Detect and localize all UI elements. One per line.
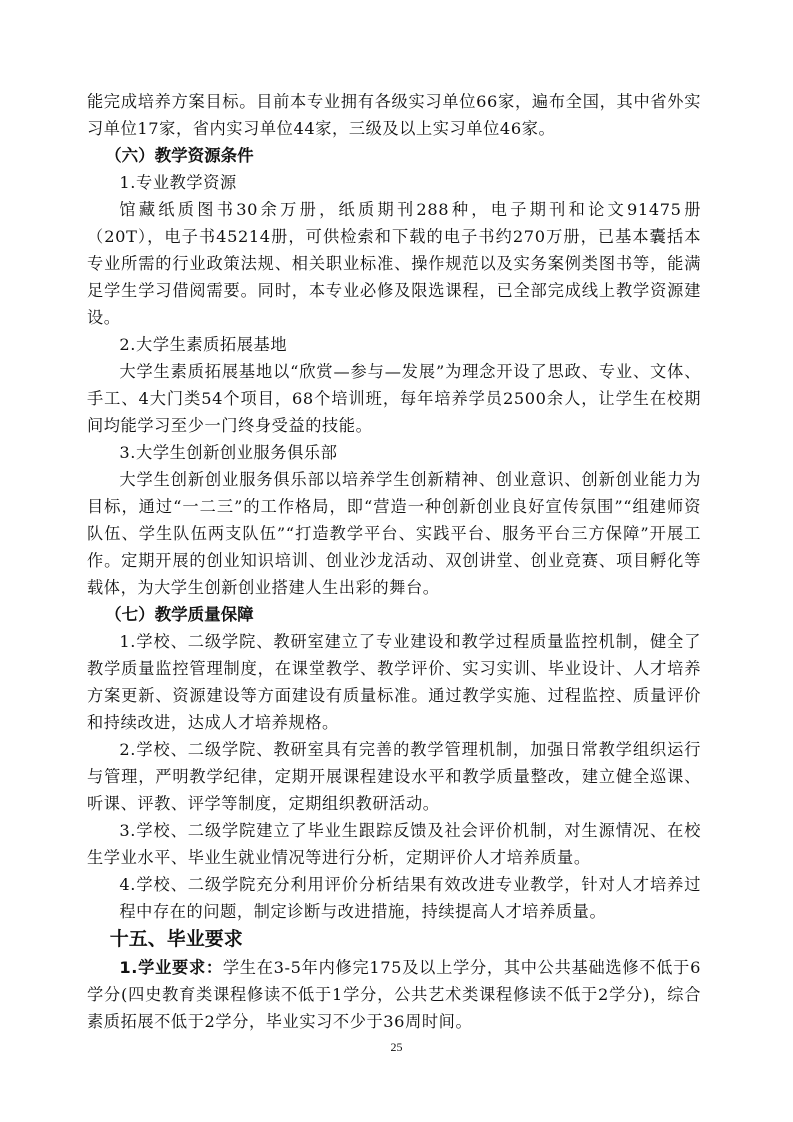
paragraph-internship-units: 能完成培养方案目标。目前本专业拥有各级实习单位66家，遍布全国，其中省外实习单位…: [87, 88, 701, 142]
heading-teaching-resources: （六）教学资源条件: [87, 142, 701, 169]
paragraph-academic-requirements: 1.学业要求：学生在3-5年内修完175及以上学分，其中公共基础选修不低于6学分…: [87, 954, 701, 1035]
academic-requirements-label: 1.学业要求：: [119, 958, 222, 977]
paragraph-quality-3: 3.学校、二级学院建立了毕业生跟踪反馈及社会评价机制，对生源情况、在校生学业水平…: [87, 817, 701, 871]
paragraph-quality-4: 4.学校、二级学院充分利用评价分析结果有效改进专业教学，针对人才培养过程中存在的…: [87, 871, 701, 925]
document-page: 能完成培养方案目标。目前本专业拥有各级实习单位66家，遍布全国，其中省外实习单位…: [87, 88, 701, 1035]
heading-graduation-requirements: 十五、毕业要求: [87, 925, 701, 954]
subheading-innovation-club: 3.大学生创新创业服务俱乐部: [87, 439, 701, 466]
paragraph-library-holdings: 馆藏纸质图书30余万册，纸质期刊288种，电子期刊和论文91475册（20T），…: [87, 196, 701, 331]
paragraph-quality-1: 1.学校、二级学院、教研室建立了专业建设和教学过程质量监控机制，健全了教学质量监…: [87, 628, 701, 736]
subheading-quality-base: 2.大学生素质拓展基地: [87, 331, 701, 358]
paragraph-quality-base: 大学生素质拓展基地以“欣赏—参与—发展”为理念开设了思政、专业、文体、手工、4大…: [87, 358, 701, 439]
paragraph-quality-2: 2.学校、二级学院、教研室具有完善的教学管理机制，加强日常教学组织运行与管理，严…: [87, 736, 701, 817]
page-number: 25: [0, 1040, 793, 1055]
subheading-professional-resources: 1.专业教学资源: [87, 169, 701, 196]
heading-quality-assurance: （七）教学质量保障: [87, 601, 701, 628]
paragraph-innovation-club: 大学生创新创业服务俱乐部以培养学生创新精神、创业意识、创新创业能力为目标，通过“…: [87, 466, 701, 601]
